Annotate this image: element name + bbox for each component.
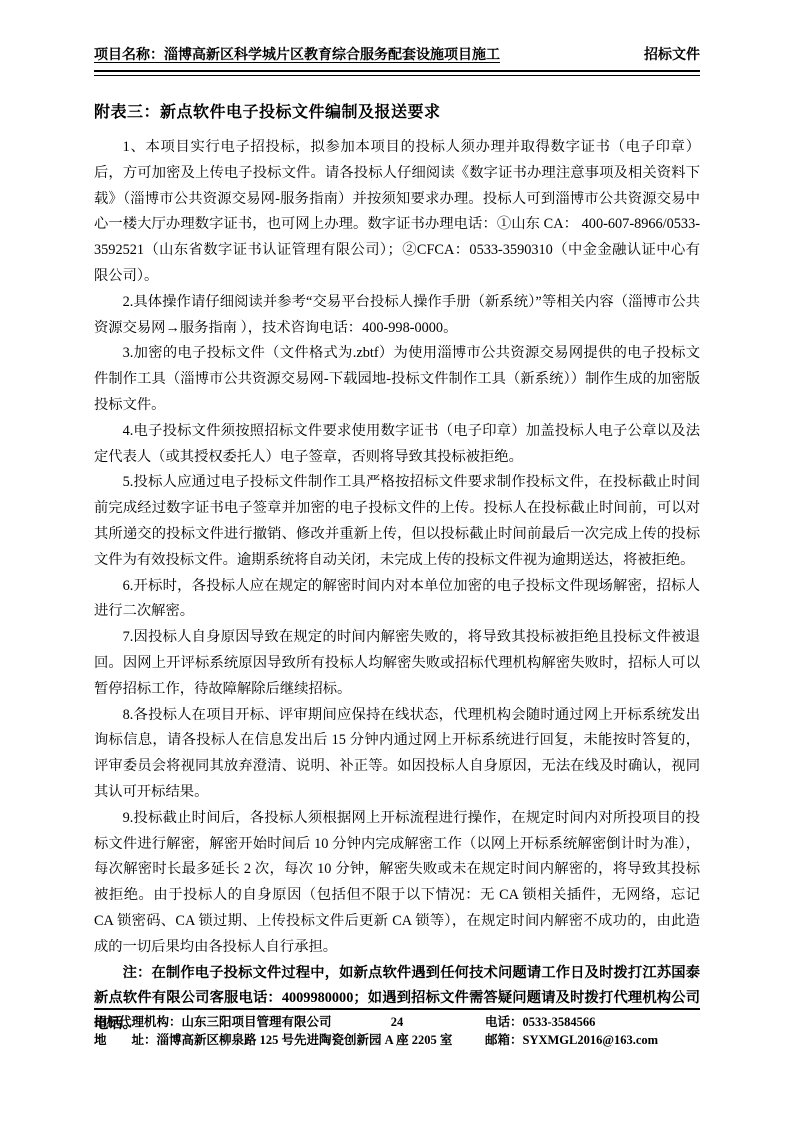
document-page: 项目名称：淄博高新区科学城片区教育综合服务配套设施项目施工 招标文件 附表三：新… <box>0 0 793 1122</box>
footer-row-1: 招标代理机构：山东三阳项目管理有限公司 24 电话：0533-3584566 <box>94 1014 700 1032</box>
body-paragraph: 4.电子投标文件须按照招标文件要求使用数字证书（电子印章）加盖投标人电子公章以及… <box>94 419 700 471</box>
body-paragraph: 7.因投标人自身原因导致在规定的时间内解密失败的，将导致其投标被拒绝且投标文件被… <box>94 625 700 702</box>
page-footer: 招标代理机构：山东三阳项目管理有限公司 24 电话：0533-3584566 地… <box>94 1008 700 1049</box>
agency-address: 地 址：淄博高新区柳泉路 125 号先进陶瓷创新园 A 座 2205 室 <box>94 1033 452 1047</box>
attachment-title: 附表三：新点软件电子投标文件编制及报送要求 <box>94 99 700 122</box>
body-paragraph: 9.投标截止时间后，各投标人须根据网上开标流程进行操作，在规定时间内对所投项目的… <box>94 806 700 961</box>
body-paragraph: 5.投标人应通过电子投标文件制作工具严格按招标文件要求制作投标文件，在投标截止时… <box>94 470 700 573</box>
project-name: 项目名称：淄博高新区科学城片区教育综合服务配套设施项目施工 <box>94 46 500 65</box>
agency-email: 邮箱：SYXMGL2016@163.com <box>485 1032 658 1050</box>
body-paragraph: 2.具体操作请仔细阅读并参考“交易平台投标人操作手册（新系统）”等相关内容（淄博… <box>94 290 700 342</box>
body-paragraph: 6.开标时，各投标人应在规定的解密时间内对本单位加密的电子投标文件现场解密，招标… <box>94 574 700 626</box>
agency-phone: 电话：0533-3584566 <box>485 1014 595 1032</box>
doc-type-label: 招标文件 <box>644 46 700 65</box>
header-divider <box>94 70 700 76</box>
footer-row-2: 地 址：淄博高新区柳泉路 125 号先进陶瓷创新园 A 座 2205 室 邮箱：… <box>94 1032 700 1050</box>
body-paragraph: 8.各投标人在项目开标、评审期间应保持在线状态，代理机构会随时通过网上开标系统发… <box>94 703 700 806</box>
document-body: 1、本项目实行电子招投标，拟参加本项目的投标人须办理并取得数字证书（电子印章）后… <box>94 135 700 1038</box>
body-paragraph: 3.加密的电子投标文件（文件格式为.zbtf）为使用淄博市公共资源交易网提供的电… <box>94 341 700 418</box>
body-paragraph: 1、本项目实行电子招投标，拟参加本项目的投标人须办理并取得数字证书（电子印章）后… <box>94 135 700 290</box>
page-header: 项目名称：淄博高新区科学城片区教育综合服务配套设施项目施工 招标文件 <box>94 46 700 65</box>
page-number: 24 <box>94 1014 700 1032</box>
